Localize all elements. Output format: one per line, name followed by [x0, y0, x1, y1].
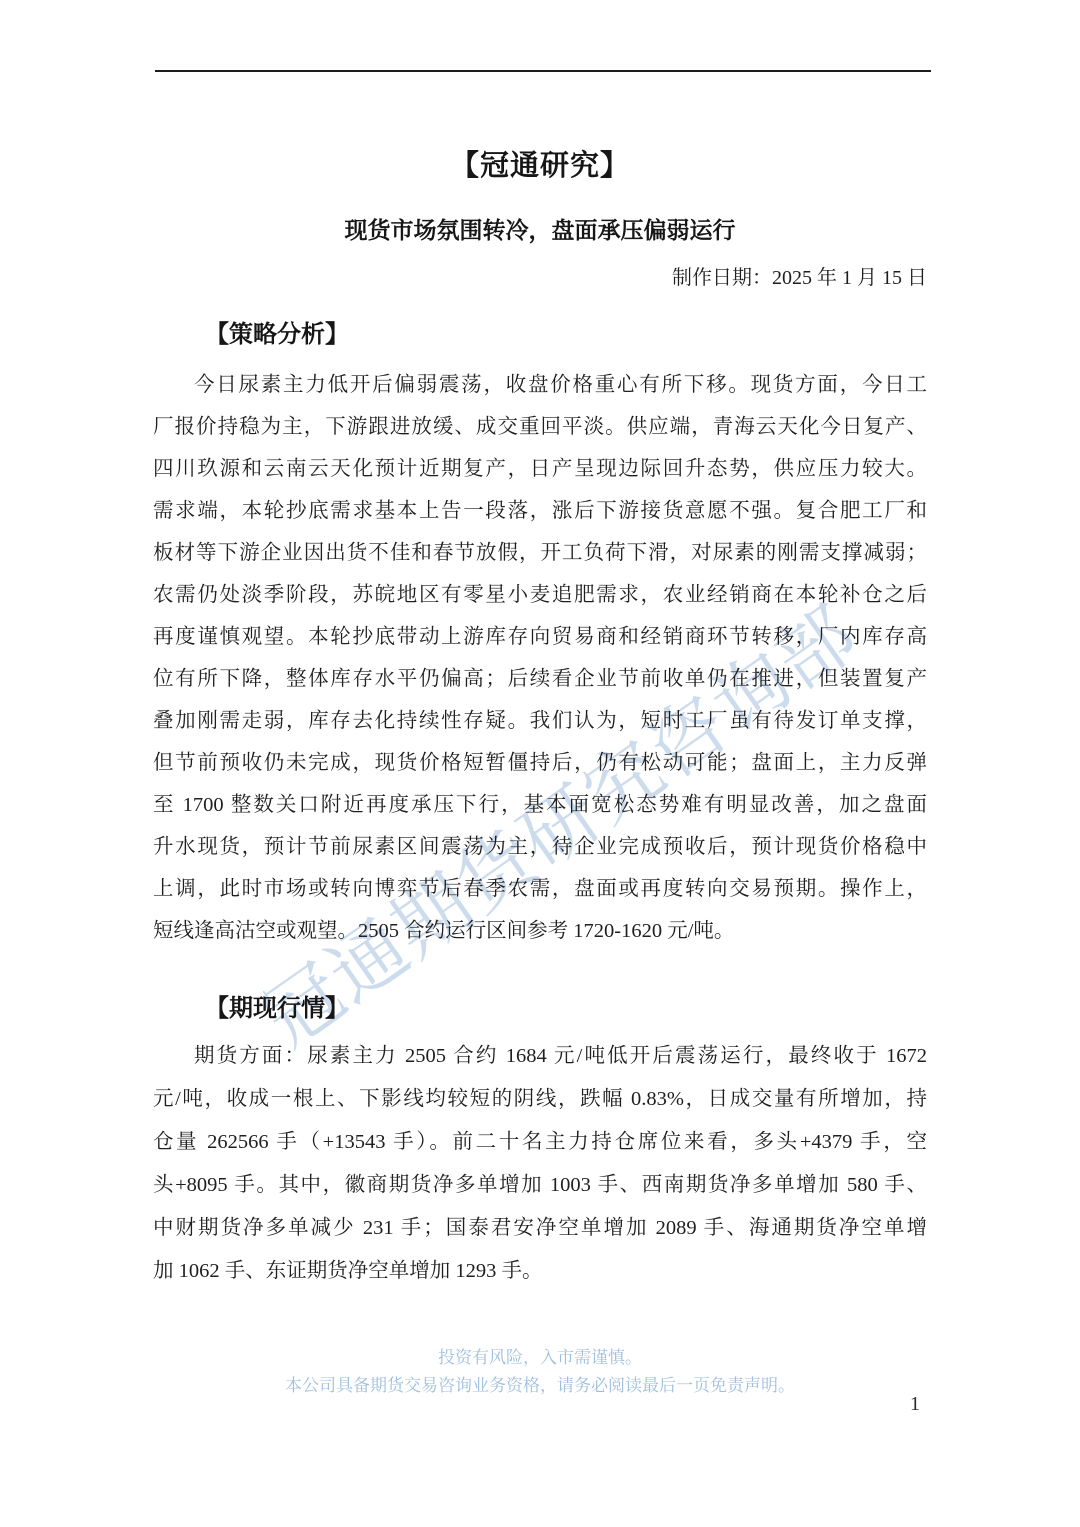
content-layer: 【冠通研究】 现货市场氛围转冷，盘面承压偏弱运行 制作日期：2025 年 1 月…: [0, 0, 1080, 1527]
paragraph-line: 农需仍处淡季阶段，苏皖地区有零星小麦追肥需求，农业经销商在本轮补仓之后: [153, 574, 927, 616]
paragraph-line: 至 1700 整数关口附近再度承压下行，基本面宽松态势难有明显改善，加之盘面: [153, 784, 927, 826]
report-headline: 现货市场氛围转冷，盘面承压偏弱运行: [0, 212, 1080, 245]
paragraph-line: 期货方面：尿素主力 2505 合约 1684 元/吨低开后震荡运行，最终收于 1…: [153, 1035, 927, 1078]
paragraph-line: 元/吨，收成一根上、下影线均较短的阴线，跌幅 0.83%，日成交量有所增加，持: [153, 1078, 927, 1121]
paragraph-line: 叠加刚需走弱，库存去化持续性存疑。我们认为，短时工厂虽有待发订单支撑，: [153, 700, 927, 742]
paragraph-line: 再度谨慎观望。本轮抄底带动上游库存向贸易商和经销商环节转移，厂内库存高: [153, 616, 927, 658]
paragraph-line: 今日尿素主力低开后偏弱震荡，收盘价格重心有所下移。现货方面，今日工: [153, 364, 927, 406]
header-rule: [155, 70, 931, 72]
paragraph-futures-spot-market: 期货方面：尿素主力 2505 合约 1684 元/吨低开后震荡运行，最终收于 1…: [153, 1035, 927, 1293]
report-page: 冠通期货研究咨询部 【冠通研究】 现货市场氛围转冷，盘面承压偏弱运行 制作日期：…: [0, 0, 1080, 1527]
footer-disclaimer: 投资有风险，入市需谨慎。 本公司具备期货交易咨询业务资格，请务必阅读最后一页免责…: [0, 1344, 1080, 1400]
paragraph-line: 加 1062 手、东证期货净空单增加 1293 手。: [153, 1250, 927, 1293]
page-number: 1: [910, 1393, 920, 1416]
report-brand-title: 【冠通研究】: [0, 143, 1080, 184]
paragraph-line: 升水现货，预计节前尿素区间震荡为主，待企业完成预收后，预计现货价格稳中: [153, 826, 927, 868]
paragraph-line: 四川玖源和云南云天化预计近期复产，日产呈现边际回升态势，供应压力较大。: [153, 448, 927, 490]
paragraph-line: 头+8095 手。其中，徽商期货净多单增加 1003 手、西南期货净多单增加 5…: [153, 1164, 927, 1207]
paragraph-line: 短线逢高沽空或观望。2505 合约运行区间参考 1720-1620 元/吨。: [153, 910, 927, 952]
paragraph-line: 但节前预收仍未完成，现货价格短暂僵持后，仍有松动可能；盘面上，主力反弹: [153, 742, 927, 784]
paragraph-line: 上调，此时市场或转向博弈节后春季农需，盘面或再度转向交易预期。操作上，: [153, 868, 927, 910]
section-heading-strategy-analysis: 【策略分析】: [153, 314, 927, 349]
paragraph-line: 中财期货净多单减少 231 手；国泰君安净空单增加 2089 手、海通期货净空单…: [153, 1207, 927, 1250]
paragraph-line: 需求端，本轮抄底需求基本上告一段落，涨后下游接货意愿不强。复合肥工厂和: [153, 490, 927, 532]
paragraph-line: 板材等下游企业因出货不佳和春节放假，开工负荷下滑，对尿素的刚需支撑减弱；: [153, 532, 927, 574]
paragraph-line: 厂报价持稳为主，下游跟进放缓、成交重回平淡。供应端，青海云天化今日复产、: [153, 406, 927, 448]
footer-risk-warning: 投资有风险，入市需谨慎。: [0, 1344, 1080, 1372]
paragraph-strategy-analysis: 今日尿素主力低开后偏弱震荡，收盘价格重心有所下移。现货方面，今日工厂报价持稳为主…: [153, 364, 927, 952]
section-heading-futures-spot-market: 【期现行情】: [153, 988, 927, 1023]
report-date: 制作日期：2025 年 1 月 15 日: [153, 261, 927, 290]
paragraph-line: 位有所下降，整体库存水平仍偏高；后续看企业节前收单仍在推进，但装置复产: [153, 658, 927, 700]
paragraph-line: 仓量 262566 手（+13543 手）。前二十名主力持仓席位来看，多头+43…: [153, 1121, 927, 1164]
